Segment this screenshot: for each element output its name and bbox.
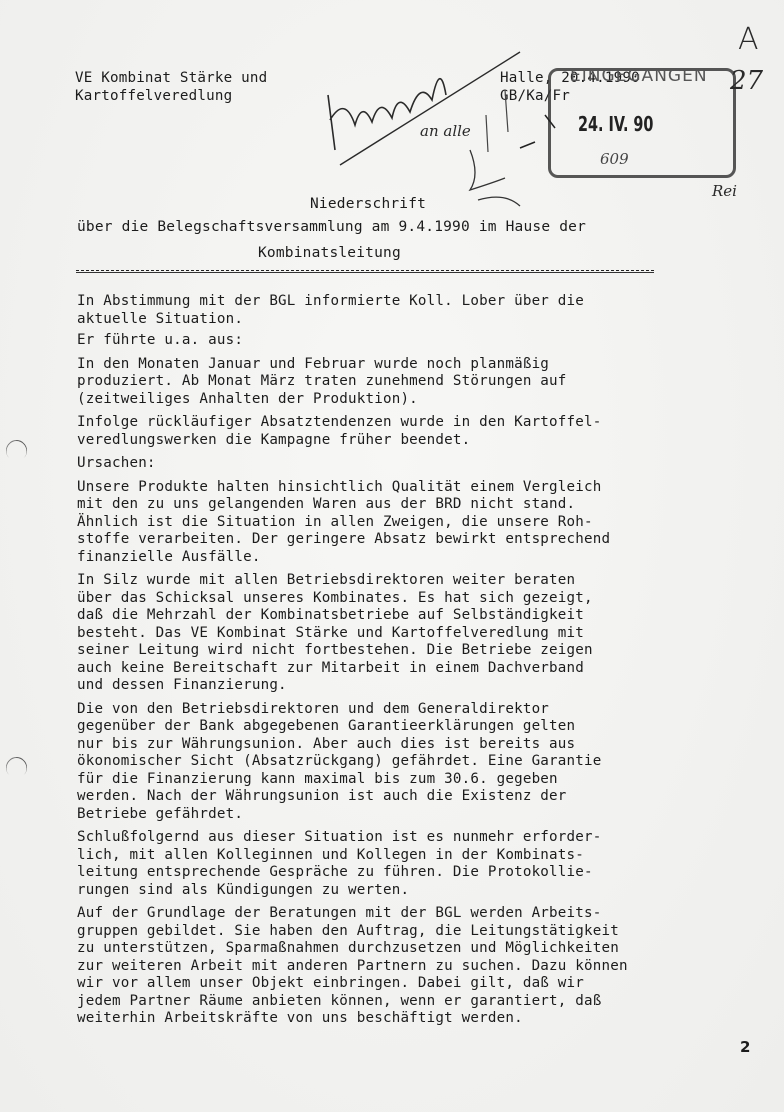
paragraph: Er führte u.a. aus:	[77, 332, 727, 350]
text-line: veredlungswerken die Kampagne früher bee…	[77, 432, 727, 450]
paragraph: Ursachen:	[77, 455, 727, 473]
text-line: Betriebe gefährdet.	[77, 806, 727, 824]
text-line: Infolge rückläufiger Absatztendenzen wur…	[77, 414, 727, 432]
stamp-date: 24. IV. 90	[578, 112, 653, 136]
handwritten-note: an alle	[420, 122, 471, 140]
paragraph: Unsere Produkte halten hinsichtlich Qual…	[77, 479, 727, 567]
text-line: lich, mit allen Kolleginnen und Kollegen…	[77, 847, 727, 865]
text-line: gegenüber der Bank abgegebenen Garantiee…	[77, 718, 727, 736]
text-line: aktuelle Situation.	[77, 311, 727, 329]
text-line: Er führte u.a. aus:	[77, 332, 727, 350]
handwritten-initials: Rei	[712, 182, 737, 200]
text-line: leitung entsprechende Gespräche zu führe…	[77, 864, 727, 882]
page-number: 2	[740, 1038, 750, 1056]
text-line: für die Finanzierung kann maximal bis zu…	[77, 771, 727, 789]
sender-block: VE Kombinat Stärke und Kartoffelveredlun…	[75, 70, 267, 105]
paragraph: In Silz wurde mit allen Betriebsdirektor…	[77, 572, 727, 695]
text-line: und dessen Finanzierung.	[77, 677, 727, 695]
text-line: gruppen gebildet. Sie haben den Auftrag,…	[77, 923, 727, 941]
text-line: Unsere Produkte halten hinsichtlich Qual…	[77, 479, 727, 497]
text-line: ökonomischer Sicht (Absatzrückgang) gefä…	[77, 753, 727, 771]
document-subtitle-continued: Kombinatsleitung	[258, 245, 401, 263]
document-body: In Abstimmung mit der BGL informierte Ko…	[77, 293, 727, 1034]
text-line: mit den zu uns gelangenden Waren aus der…	[77, 496, 727, 514]
sender-line: VE Kombinat Stärke und	[75, 70, 267, 86]
document-subtitle: über die Belegschaftsversammlung am 9.4.…	[77, 219, 586, 237]
text-line: werden. Nach der Währungsunion ist auch …	[77, 788, 727, 806]
corner-letter: A	[738, 22, 759, 57]
text-line: In Silz wurde mit allen Betriebsdirektor…	[77, 572, 727, 590]
punch-hole-mark	[2, 436, 32, 466]
stamp-number: 609	[600, 150, 629, 168]
text-line: In Abstimmung mit der BGL informierte Ko…	[77, 293, 727, 311]
text-line: zur weiteren Arbeit mit anderen Partnern…	[77, 958, 727, 976]
text-line: Auf der Grundlage der Beratungen mit der…	[77, 905, 727, 923]
text-line: zu unterstützen, Sparmaßnahmen durchzuse…	[77, 940, 727, 958]
text-line: jedem Partner Räume anbieten können, wen…	[77, 993, 727, 1011]
paragraph: Auf der Grundlage der Beratungen mit der…	[77, 905, 727, 1028]
text-line: Die von den Betriebsdirektoren und dem G…	[77, 701, 727, 719]
text-line: weiterhin Arbeitskräfte von uns beschäft…	[77, 1010, 727, 1028]
paragraph: Infolge rückläufiger Absatztendenzen wur…	[77, 414, 727, 449]
paragraph: In den Monaten Januar und Februar wurde …	[77, 356, 727, 409]
title-underline	[76, 272, 654, 273]
text-line: auch keine Bereitschaft zur Mitarbeit in…	[77, 660, 727, 678]
stamp-label: EINGEGANGEN	[570, 66, 708, 86]
text-line: seiner Leitung wird nicht fortbestehen. …	[77, 642, 727, 660]
text-line: besteht. Das VE Kombinat Stärke und Kart…	[77, 625, 727, 643]
text-line: daß die Mehrzahl der Kombinatsbetriebe a…	[77, 607, 727, 625]
title-underline	[76, 270, 654, 271]
text-line: wir vor allem unser Objekt einbringen. D…	[77, 975, 727, 993]
text-line: stoffe verarbeiten. Der geringere Absatz…	[77, 531, 727, 549]
text-line: nur bis zur Währungsunion. Aber auch die…	[77, 736, 727, 754]
sender-line: Kartoffelveredlung	[75, 88, 232, 104]
text-line: Ähnlich ist die Situation in allen Zweig…	[77, 514, 727, 532]
text-line: finanzielle Ausfälle.	[77, 549, 727, 567]
text-line: rungen sind als Kündigungen zu werten.	[77, 882, 727, 900]
document-title: Niederschrift	[310, 196, 426, 214]
text-line: produziert. Ab Monat März traten zunehme…	[77, 373, 727, 391]
text-line: Ursachen:	[77, 455, 727, 473]
text-line: (zeitweiliges Anhalten der Produktion).	[77, 391, 727, 409]
paragraph: Schlußfolgernd aus dieser Situation ist …	[77, 829, 727, 899]
text-line: In den Monaten Januar und Februar wurde …	[77, 356, 727, 374]
corner-number: 27	[730, 66, 763, 96]
paragraph: In Abstimmung mit der BGL informierte Ko…	[77, 293, 727, 328]
document-page: VE Kombinat Stärke und Kartoffelveredlun…	[0, 0, 784, 1112]
text-line: über das Schicksal unseres Kombinates. E…	[77, 590, 727, 608]
text-line: Schlußfolgernd aus dieser Situation ist …	[77, 829, 727, 847]
punch-hole-mark	[2, 753, 32, 783]
paragraph: Die von den Betriebsdirektoren und dem G…	[77, 701, 727, 824]
